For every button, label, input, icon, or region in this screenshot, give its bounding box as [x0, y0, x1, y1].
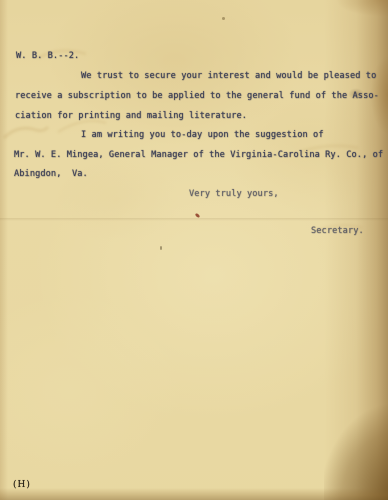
- letter-signature: Secretary.: [311, 226, 364, 236]
- letter-photograph: W. B. B.--2. We trust to secure your int…: [0, 0, 388, 500]
- letter-line: Mr. W. E. Mingea, General Manager of the…: [14, 150, 383, 160]
- letter-line: I am writing you to-day upon the suggest…: [81, 130, 324, 140]
- letter-line: Abingdon, Va.: [14, 169, 88, 179]
- left-edge-shadow: [0, 0, 8, 500]
- top-right-stain: [318, 0, 388, 26]
- letter-closing: Very truly yours,: [189, 189, 279, 199]
- letter-line: We trust to secure your interest and wou…: [81, 71, 376, 81]
- paper-speck: [160, 246, 162, 250]
- bottom-edge-shadow: [0, 488, 388, 500]
- paper-speck: [222, 17, 225, 20]
- letter-line: ciation for printing and mailing literat…: [15, 111, 247, 121]
- page-header-code: W. B. B.--2.: [16, 51, 79, 61]
- paper-crease: [0, 218, 388, 221]
- photo-caption: (H): [13, 480, 31, 490]
- letter-line: receive a subscription to be applied to …: [15, 91, 379, 101]
